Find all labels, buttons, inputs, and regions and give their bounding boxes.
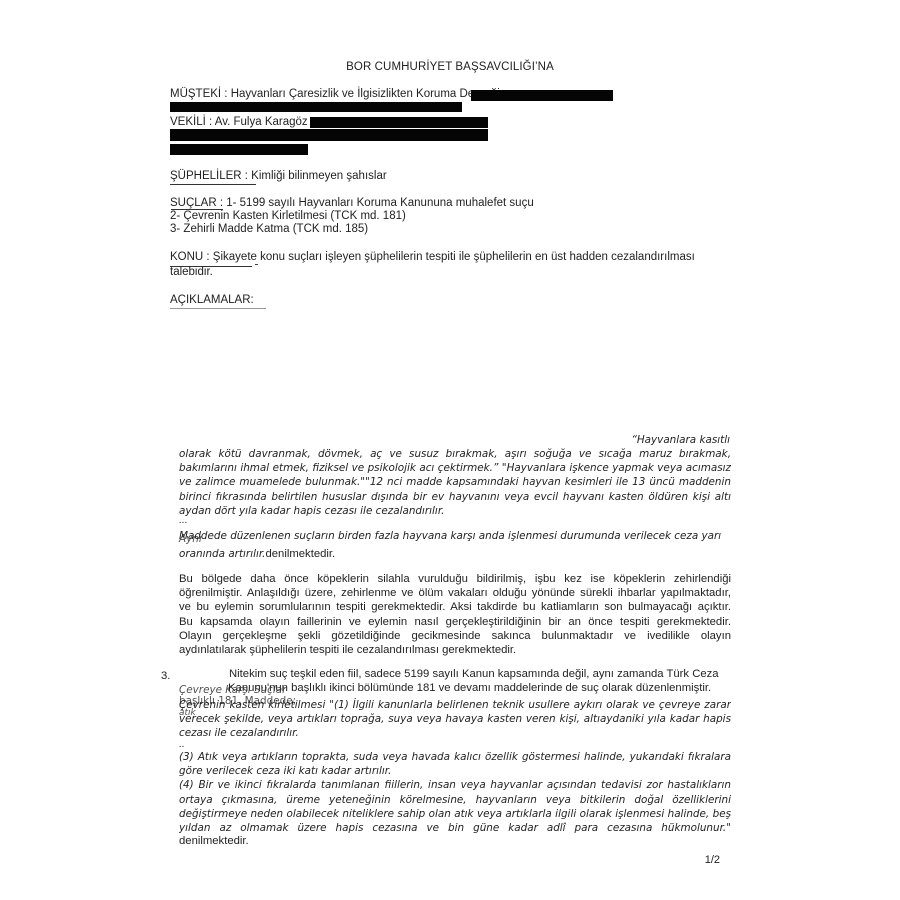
subject-line-2: talebidir.: [170, 266, 213, 278]
quote-line: ve zalimce muamelede bulunmak.""12 nci m…: [179, 475, 731, 489]
quote-line: Çevrenin kasten kirletilmesi "(1) İlgili…: [179, 698, 731, 712]
quote-line: bakımlarını ihmal etmek, fiziksel ve psi…: [179, 461, 731, 475]
crimes-line-1: SUÇLAR : 1- 5199 sayılı Hayvanları Korum…: [170, 197, 534, 209]
quote-line: aydan dört yıla kadar hapis cezası ile c…: [179, 504, 731, 518]
quote-line: verecek şekilde, veya artıkları toprağa,…: [179, 712, 731, 726]
subject-line-1: KONU : Şikayete konu suçları işleyen şüp…: [170, 251, 695, 263]
paragraph-line: aydınlatılarak şüphelilerin tespiti ile …: [179, 643, 731, 657]
closing-text: denilmektedir.: [265, 548, 335, 560]
paragraph-line: Bu bölgede daha önce köpeklerin silahla …: [179, 572, 731, 586]
quote-closing: oranında artırılır.denilmektedir.: [179, 544, 335, 562]
quote-block-3: (3) Atık veya artıkların toprakta, suda …: [179, 750, 731, 835]
paragraph-line: öğrenilmiştir. Anlaşıldığı üzere, zehirl…: [179, 586, 731, 600]
quote-line: olarak kötü davranmak, dövmek, aç ve sus…: [179, 447, 731, 461]
document-page: BOR CUMHURİYET BAŞSAVCILIĞI’NA MÜŞTEKİ :…: [0, 0, 900, 900]
underline: [170, 184, 256, 185]
paragraph-3-line-1: Nitekim suç teşkil eden fiil, sadece 519…: [229, 668, 719, 680]
quote-line: değiştirmeye neden olabilecek nitelikler…: [179, 807, 731, 821]
dash-mark: [255, 264, 258, 265]
redaction-block: [471, 90, 613, 101]
closing-text: denilmektedir.: [179, 835, 249, 847]
redaction-block: [310, 117, 488, 128]
redaction-block: [170, 129, 488, 141]
paragraph-line: Bu kapsamda olayın faillerinin ve eylemi…: [179, 615, 731, 629]
quote-line: ortaya çıkmasına, üreme yeteneğinin köre…: [179, 793, 731, 807]
ellipsis: ..: [179, 741, 185, 750]
quote-line: Maddede düzenlenen suçların birden fazla…: [179, 530, 721, 542]
suspects-line: ŞÜPHELİLER : Kimliği bilinmeyen şahıslar: [170, 170, 387, 182]
crimes-line-2: 2- Çevrenin Kasten Kirletilmesi (TCK md.…: [170, 210, 406, 222]
paragraph-line: ve bu eylemin sorumlularının tespiti ger…: [179, 600, 731, 614]
redaction-block: [170, 144, 308, 155]
quote-line: cezası ile cezalandırılır.: [179, 726, 731, 740]
paragraph-2: Bu bölgede daha önce köpeklerin silahla …: [179, 572, 731, 657]
ellipsis: ...: [179, 517, 188, 526]
document-title: BOR CUMHURİYET BAŞSAVCILIĞI’NA: [0, 61, 900, 73]
page-number: 1/2: [705, 854, 720, 866]
complainant-line: MÜŞTEKİ : Hayvanları Çaresizlik ve İlgis…: [170, 88, 500, 100]
quote-line: (3) Atık veya artıkların toprakta, suda …: [179, 750, 731, 764]
quote-line: (4) Bir ve ikinci fıkralarda tanımlanan …: [179, 778, 731, 792]
quote-opening: “Hayvanlara kasıtlı: [631, 434, 730, 446]
paragraph-3-line-2: Kanunu'nun başlıklı ikinci bölümünde 181…: [228, 682, 711, 694]
redaction-block: [170, 102, 462, 112]
quote-line: birinci fıkrasında belirtilen hususlar d…: [179, 490, 731, 504]
quote-line: yıldan az olmamak üzere hapis cezasına v…: [179, 821, 731, 835]
underline: [171, 209, 223, 210]
paragraph-number: 3.: [161, 670, 170, 682]
quote-block-2: Çevrenin kasten kirletilmesi "(1) İlgili…: [179, 698, 731, 741]
quote-text: oranında artırılır.: [179, 548, 265, 560]
quote-line: göre verilecek ceza iki katı kadar artır…: [179, 764, 731, 778]
explanations-heading: AÇIKLAMALAR:: [170, 294, 254, 306]
crimes-line-3: 3- Zehirli Madde Katma (TCK md. 185): [170, 223, 368, 235]
quote-block-1: olarak kötü davranmak, dövmek, aç ve sus…: [179, 447, 731, 518]
underline: [170, 308, 266, 309]
paragraph-line: Olayın gerçekleşme şekli gözetildiğinde …: [179, 629, 731, 643]
attorney-line: VEKİLİ : Av. Fulya Karagöz: [170, 116, 308, 128]
